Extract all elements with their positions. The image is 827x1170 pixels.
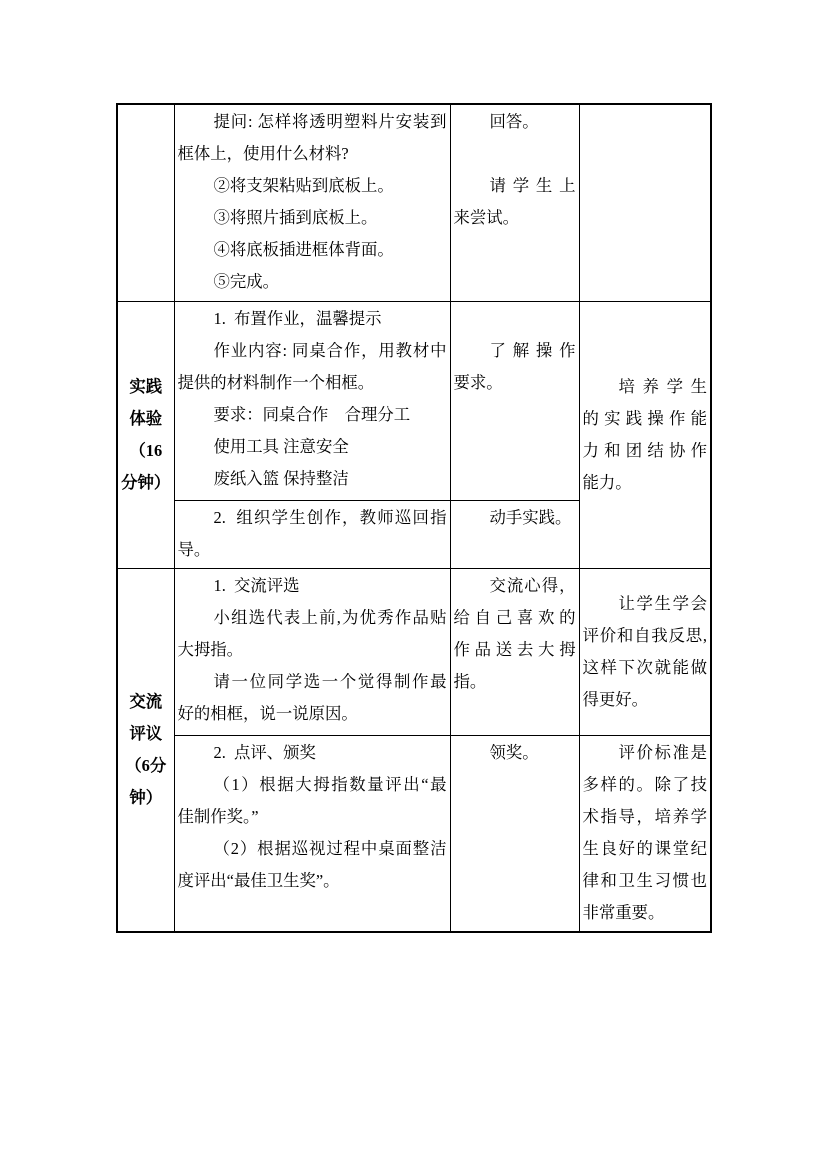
text-line: 废纸入篮 保持整洁 — [178, 463, 447, 495]
text-line: （2）根据巡视过程中桌面整洁 — [178, 833, 447, 865]
student-activity-cell-prize: 领奖。 — [450, 736, 579, 933]
text-line: （16 — [118, 435, 174, 467]
text-line: 评价和自我反思, — [583, 620, 708, 652]
text-line: 让学生学会 — [583, 588, 708, 620]
text-line: 得更好。 — [583, 684, 708, 716]
text-line: 框体上，使用什么材料? — [178, 138, 447, 170]
table-row-opening-continued: 提问: 怎样将透明塑料片安装到框体上，使用什么材料?②将支架粘贴到底板上。③将照… — [117, 104, 711, 302]
text-line: 动手实践。 — [454, 502, 576, 534]
text-line: 度评出“最佳卫生奖”。 — [178, 865, 447, 897]
text-line: 交流心得， — [454, 570, 576, 602]
text-line — [454, 303, 576, 335]
text-line: 2. 点评、颁奖 — [178, 737, 447, 769]
student-activity-cell-answer: 回答。 请学生上来尝试。 — [450, 104, 579, 302]
text-line: 1. 交流评选 — [178, 570, 447, 602]
text-line: 这样下次就能做 — [583, 652, 708, 684]
text-line: 来尝试。 — [454, 202, 576, 234]
stage-cell-practice: 实践体验（16分钟） — [117, 302, 174, 569]
text-line: 导。 — [178, 534, 447, 566]
text-line: 生良好的课堂纪 — [583, 833, 708, 865]
text-line: 交流 — [118, 686, 174, 718]
text-line: 大拇指。 — [178, 634, 447, 666]
text-line: 非常重要。 — [583, 897, 708, 929]
text-line: ⑤完成。 — [178, 266, 447, 298]
text-line: （1）根据大拇指数量评出“最 — [178, 769, 447, 801]
text-line: 请学生上 — [454, 170, 576, 202]
student-activity-cell-handson: 动手实践。 — [450, 501, 579, 569]
stage-cell-empty — [117, 104, 174, 302]
text-line: ④将底板插进框体背面。 — [178, 234, 447, 266]
text-line: 作品送去大拇 — [454, 634, 576, 666]
design-intent-cell-empty — [579, 104, 711, 302]
text-line: 术指导，培养学 — [583, 801, 708, 833]
table-row-review-1: 交流评议（6分钟） 1. 交流评选小组选代表上前,为优秀作品贴大拇指。请一位同学… — [117, 569, 711, 736]
text-line: 体验 — [118, 403, 174, 435]
table-row-review-2: 2. 点评、颁奖（1）根据大拇指数量评出“最佳制作奖。”（2）根据巡视过程中桌面… — [117, 736, 711, 933]
design-intent-cell-practice: 培养学生的实践操作能力和团结协作能力。 — [579, 302, 711, 569]
lesson-plan-table: 提问: 怎样将透明塑料片安装到框体上，使用什么材料?②将支架粘贴到底板上。③将照… — [116, 103, 712, 933]
text-line: 要求。 — [454, 367, 576, 399]
text-line: 要求：同桌合作 合理分工 — [178, 399, 447, 431]
text-line: 小组选代表上前,为优秀作品贴 — [178, 602, 447, 634]
text-line: 提供的材料制作一个相框。 — [178, 367, 447, 399]
text-line: 佳制作奖。” — [178, 801, 447, 833]
student-activity-cell-requirements: 了解操作要求。 — [450, 302, 579, 501]
table-row-practice-1: 实践体验（16分钟） 1. 布置作业，温馨提示作业内容: 同桌合作，用教材中提供… — [117, 302, 711, 501]
text-line: 给自己喜欢的 — [454, 602, 576, 634]
document-page: 提问: 怎样将透明塑料片安装到框体上，使用什么材料?②将支架粘贴到底板上。③将照… — [0, 0, 827, 1170]
text-line: 作业内容: 同桌合作，用教材中 — [178, 335, 447, 367]
teacher-activity-cell-awards: 2. 点评、颁奖（1）根据大拇指数量评出“最佳制作奖。”（2）根据巡视过程中桌面… — [174, 736, 450, 933]
text-line: 请一位同学选一个觉得制作最 — [178, 666, 447, 698]
text-line: 力和团结协作 — [583, 435, 708, 467]
text-line: 钟） — [118, 782, 174, 814]
teacher-activity-cell-questions: 提问: 怎样将透明塑料片安装到框体上，使用什么材料?②将支架粘贴到底板上。③将照… — [174, 104, 450, 302]
text-line: 提问: 怎样将透明塑料片安装到 — [178, 106, 447, 138]
teacher-activity-cell-selection: 1. 交流评选小组选代表上前,为优秀作品贴大拇指。请一位同学选一个觉得制作最好的… — [174, 569, 450, 736]
text-line: 使用工具 注意安全 — [178, 431, 447, 463]
text-line: 指。 — [454, 666, 576, 698]
text-line: 培养学生 — [583, 371, 708, 403]
teacher-activity-cell-guidance: 2. 组织学生创作，教师巡回指导。 — [174, 501, 450, 569]
text-line: 多样的。除了技 — [583, 769, 708, 801]
teacher-activity-cell-assignment: 1. 布置作业，温馨提示作业内容: 同桌合作，用教材中提供的材料制作一个相框。要… — [174, 302, 450, 501]
design-intent-cell-reflection: 让学生学会评价和自我反思,这样下次就能做得更好。 — [579, 569, 711, 736]
text-line: 律和卫生习惯也 — [583, 865, 708, 897]
text-line: 2. 组织学生创作，教师巡回指 — [178, 502, 447, 534]
text-line: 的实践操作能 — [583, 403, 708, 435]
text-line: ③将照片插到底板上。 — [178, 202, 447, 234]
text-line: 评价标准是 — [583, 737, 708, 769]
text-line: 实践 — [118, 371, 174, 403]
text-line: （6分 — [118, 750, 174, 782]
text-line: 评议 — [118, 718, 174, 750]
text-line: ②将支架粘贴到底板上。 — [178, 170, 447, 202]
text-line: 回答。 — [454, 106, 576, 138]
text-line: 能力。 — [583, 467, 708, 499]
stage-cell-review: 交流评议（6分钟） — [117, 569, 174, 933]
text-line — [454, 138, 576, 170]
text-line: 好的相框，说一说原因。 — [178, 698, 447, 730]
text-line: 领奖。 — [454, 737, 576, 769]
design-intent-cell-standards: 评价标准是多样的。除了技术指导，培养学生良好的课堂纪律和卫生习惯也非常重要。 — [579, 736, 711, 933]
student-activity-cell-sharing: 交流心得，给自己喜欢的作品送去大拇指。 — [450, 569, 579, 736]
text-line: 分钟） — [118, 467, 174, 499]
text-line: 1. 布置作业，温馨提示 — [178, 303, 447, 335]
text-line: 了解操作 — [454, 335, 576, 367]
